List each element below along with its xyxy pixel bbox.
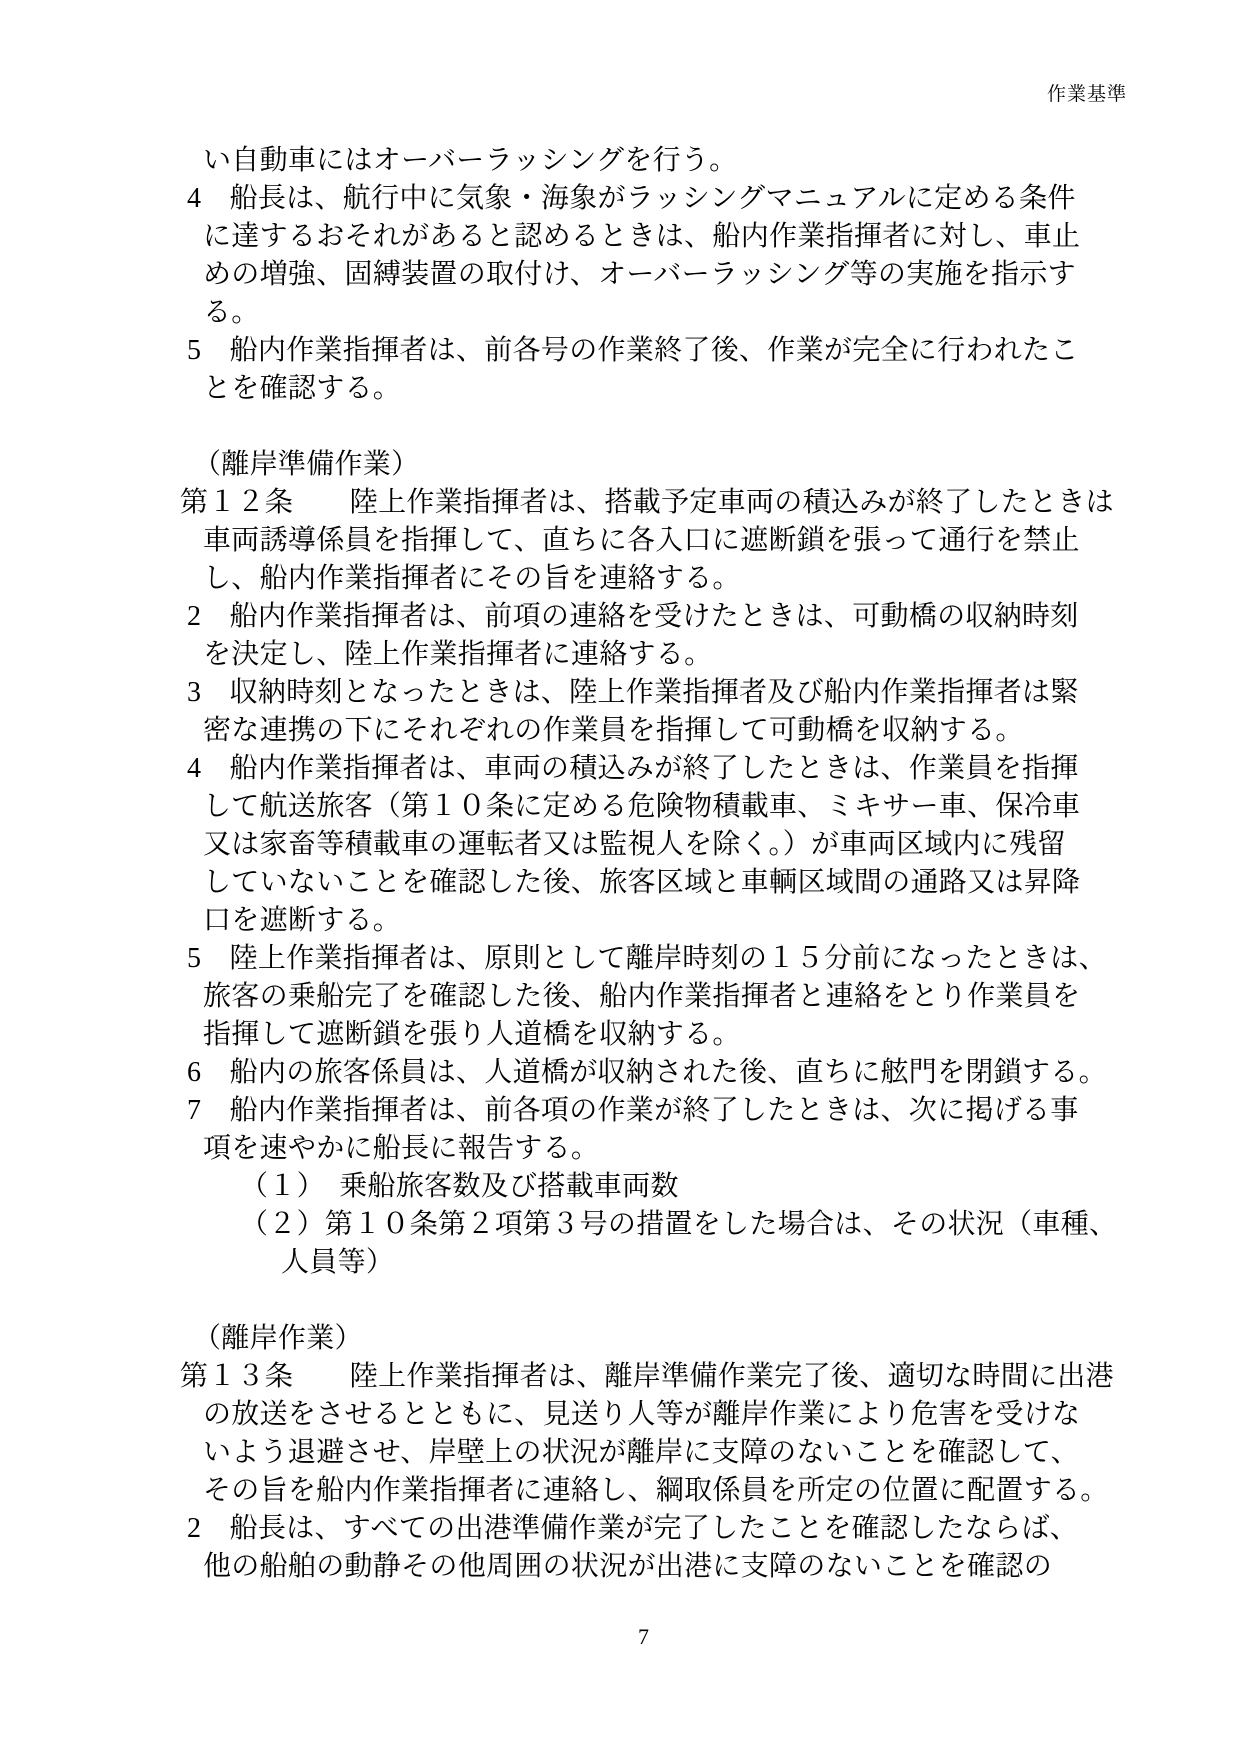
- document-line: 6 船内の旅客係員は、人道橋が収納された後、直ちに舷門を閉鎖する。: [0, 1054, 1241, 1092]
- document-line: 第１２条 陸上作業指揮者は、搭載予定車両の積込みが終了したときは: [0, 484, 1241, 522]
- document-line: 旅客の乗船完了を確認した後、船内作業指揮者と連絡をとり作業員を: [0, 978, 1241, 1016]
- document-line: る。: [0, 294, 1241, 332]
- blank-line: [0, 408, 1241, 446]
- document-line: 項を速やかに船長に報告する。: [0, 1130, 1241, 1168]
- document-line: めの増強、固縛装置の取付け、オーバーラッシング等の実施を指示す: [0, 256, 1241, 294]
- document-line: 4 船長は、航行中に気象・海象がラッシングマニュアルに定める条件: [0, 180, 1241, 218]
- document-line: （１） 乗船旅客数及び搭載車両数: [0, 1168, 1241, 1206]
- document-line: （２）第１０条第２項第３号の措置をした場合は、その状況（車種、: [0, 1206, 1241, 1244]
- document-line: （離岸準備作業）: [0, 446, 1241, 484]
- document-line: を決定し、陸上作業指揮者に連絡する。: [0, 636, 1241, 674]
- document-line: 5 陸上作業指揮者は、原則として離岸時刻の１５分前になったときは、: [0, 940, 1241, 978]
- document-line: していないことを確認した後、旅客区域と車輌区域間の通路又は昇降: [0, 864, 1241, 902]
- page-number: 7: [638, 1624, 649, 1650]
- document-line: 他の船舶の動静その他周囲の状況が出港に支障のないことを確認の: [0, 1548, 1241, 1586]
- document-line: その旨を船内作業指揮者に連絡し、綱取係員を所定の位置に配置する。: [0, 1472, 1241, 1510]
- document-line: に達するおそれがあると認めるときは、船内作業指揮者に対し、車止: [0, 218, 1241, 256]
- document-line: いよう退避させ、岸壁上の状況が離岸に支障のないことを確認して、: [0, 1434, 1241, 1472]
- document-line: 5 船内作業指揮者は、前各号の作業終了後、作業が完全に行われたこ: [0, 332, 1241, 370]
- document-line: 7 船内作業指揮者は、前各項の作業が終了したときは、次に掲げる事: [0, 1092, 1241, 1130]
- document-line: 口を遮断する。: [0, 902, 1241, 940]
- document-line: 第１３条 陸上作業指揮者は、離岸準備作業完了後、適切な時間に出港: [0, 1358, 1241, 1396]
- document-line: 2 船内作業指揮者は、前項の連絡を受けたときは、可動橋の収納時刻: [0, 598, 1241, 636]
- document-body: い自動車にはオーバーラッシングを行う。4 船長は、航行中に気象・海象がラッシング…: [0, 142, 1241, 1586]
- document-line: の放送をさせるとともに、見送り人等が離岸作業により危害を受けな: [0, 1396, 1241, 1434]
- document-line: とを確認する。: [0, 370, 1241, 408]
- running-header-title: 作業基準: [0, 84, 1127, 106]
- document-line: 2 船長は、すべての出港準備作業が完了したことを確認したならば、: [0, 1510, 1241, 1548]
- document-line: 密な連携の下にそれぞれの作業員を指揮して可動橋を収納する。: [0, 712, 1241, 750]
- document-line: 車両誘導係員を指揮して、直ちに各入口に遮断鎖を張って通行を禁止: [0, 522, 1241, 560]
- document-line: 3 収納時刻となったときは、陸上作業指揮者及び船内作業指揮者は緊: [0, 674, 1241, 712]
- document-line: し、船内作業指揮者にその旨を連絡する。: [0, 560, 1241, 598]
- document-line: 4 船内作業指揮者は、車両の積込みが終了したときは、作業員を指揮: [0, 750, 1241, 788]
- document-page: 作業基準 い自動車にはオーバーラッシングを行う。4 船長は、航行中に気象・海象が…: [0, 0, 1241, 1755]
- document-line: 又は家畜等積載車の運転者又は監視人を除く。）が車両区域内に残留: [0, 826, 1241, 864]
- document-line: い自動車にはオーバーラッシングを行う。: [0, 142, 1241, 180]
- document-line: （離岸作業）: [0, 1320, 1241, 1358]
- blank-line: [0, 1282, 1241, 1320]
- document-line: 指揮して遮断鎖を張り人道橋を収納する。: [0, 1016, 1241, 1054]
- document-line: して航送旅客（第１０条に定める危険物積載車、ミキサー車、保冷車: [0, 788, 1241, 826]
- document-line: 人員等）: [0, 1244, 1241, 1282]
